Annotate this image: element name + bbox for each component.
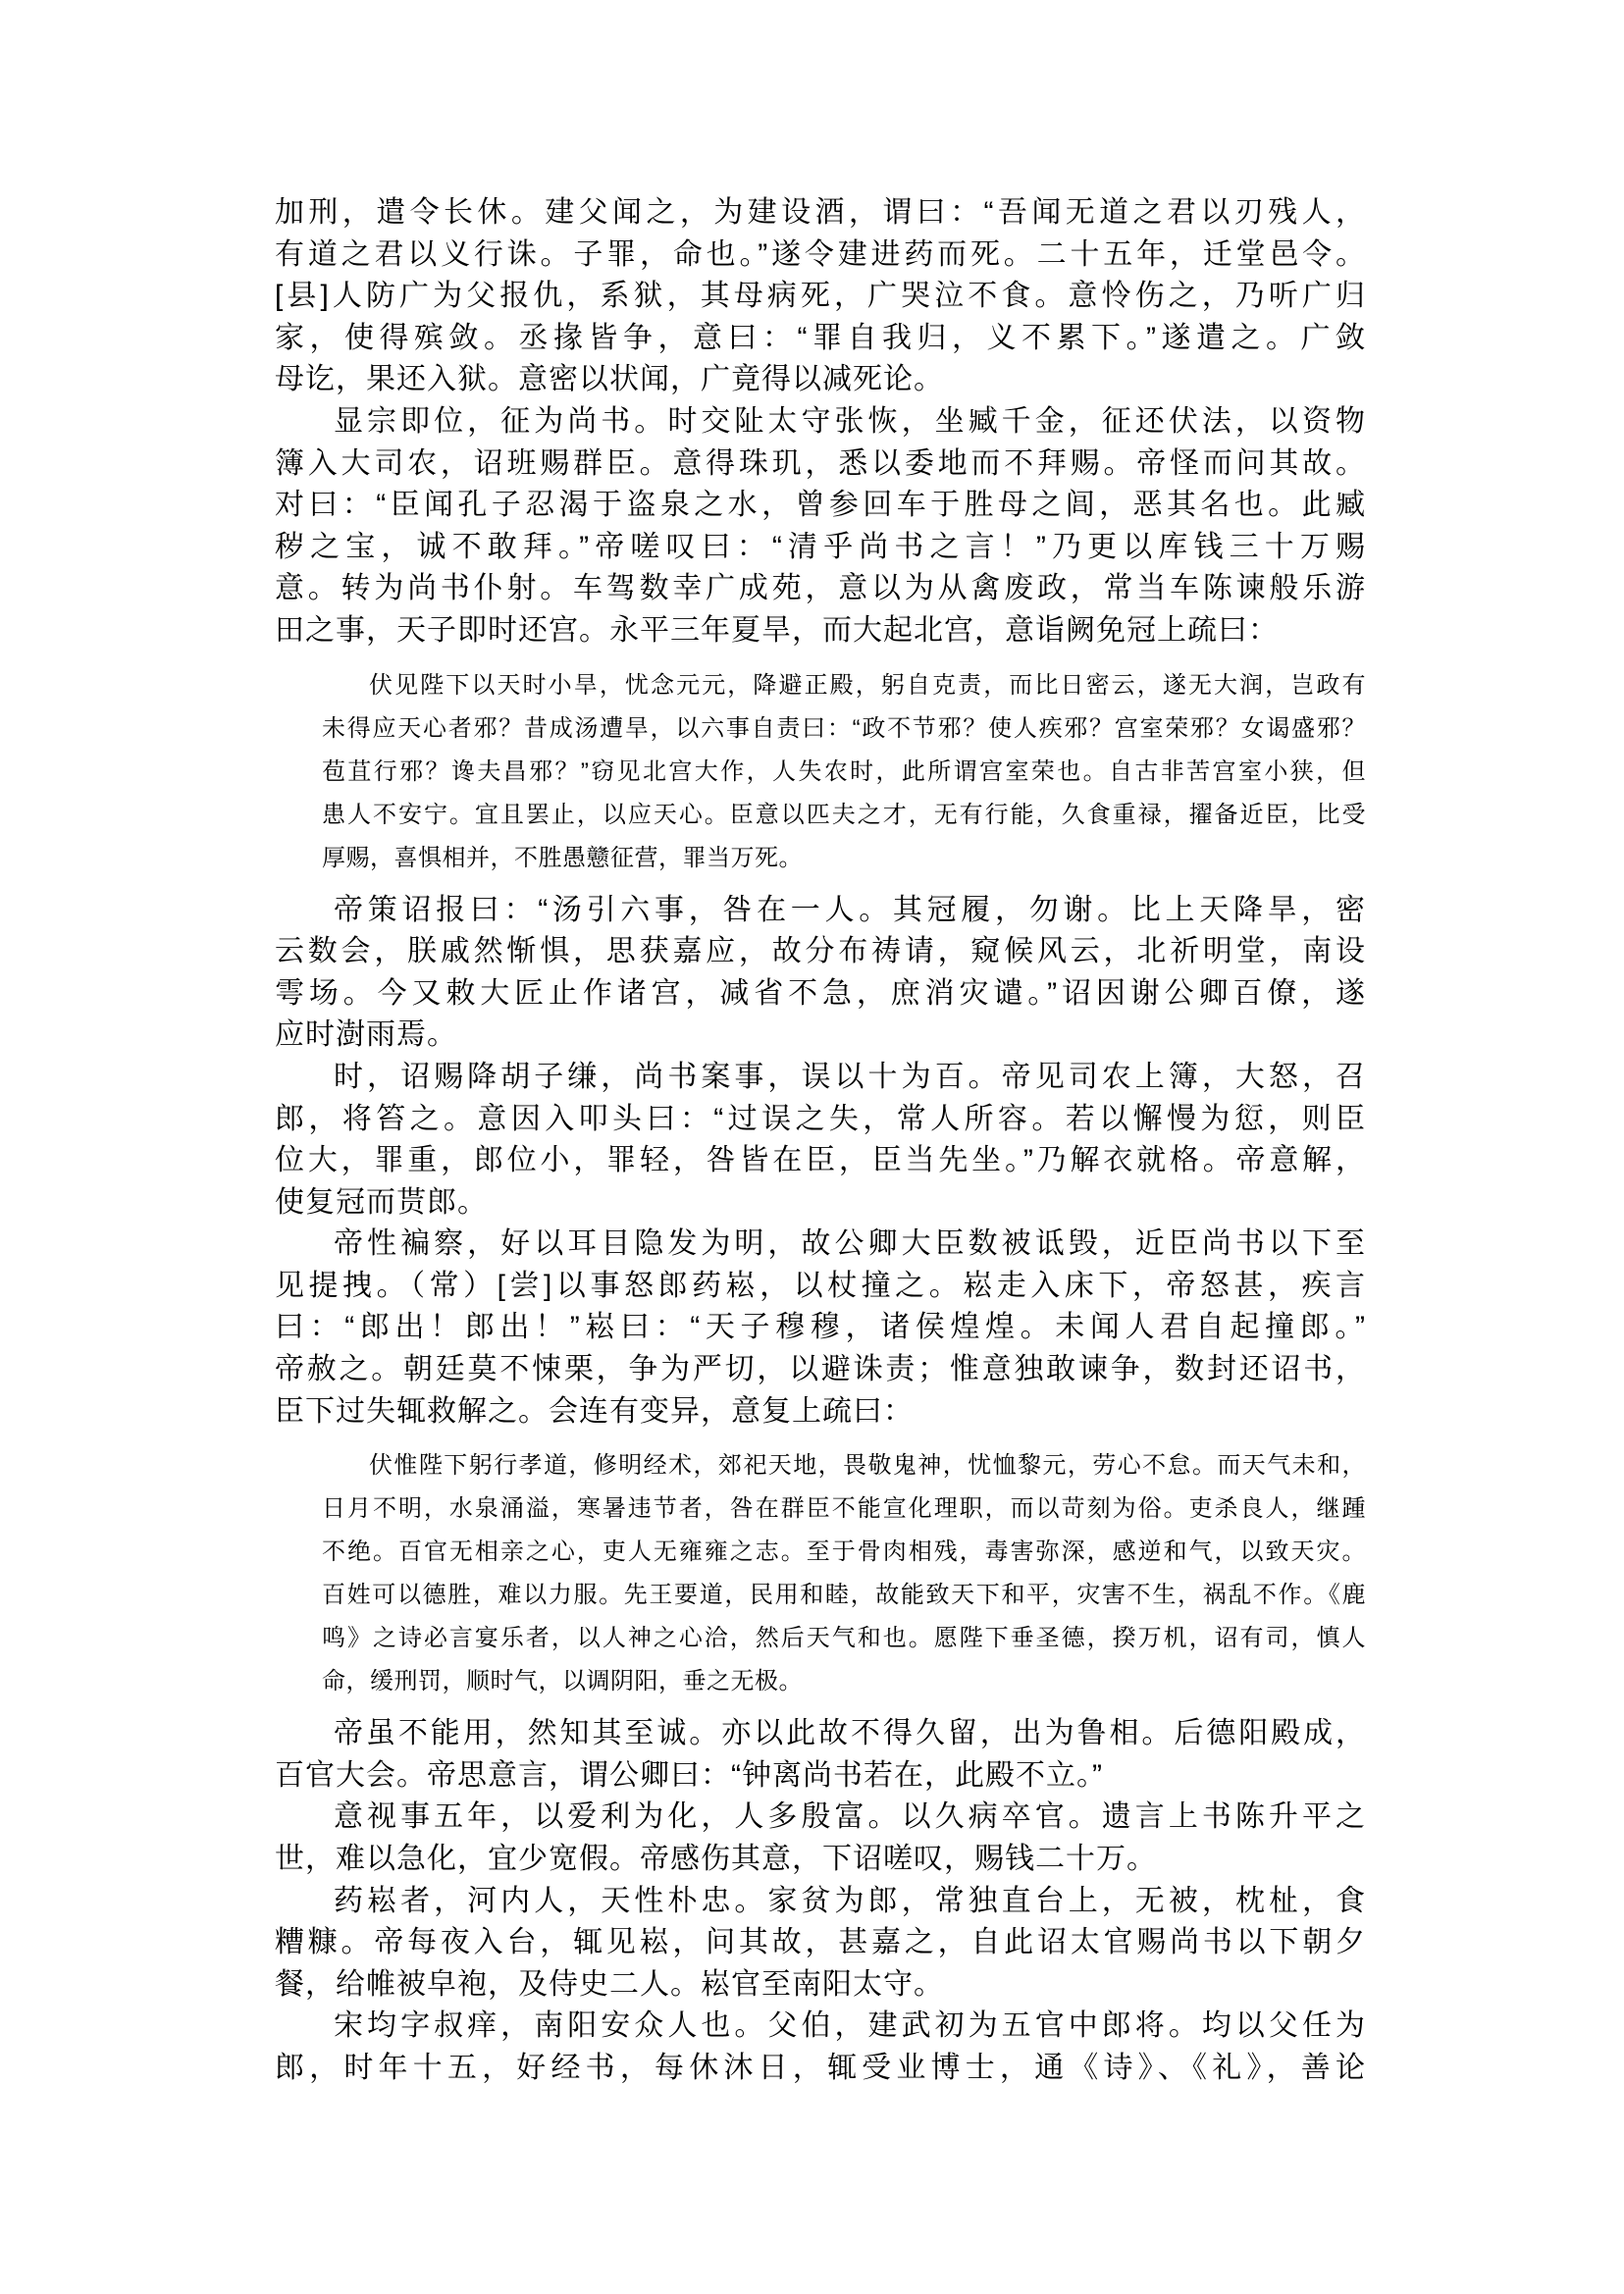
- text-line: 患人不安宁。宜且罢止，以应天心。臣意以匹夫之才，无有行能，久食重禄，擢备近臣，比…: [322, 794, 1366, 837]
- text-line: 帝虽不能用，然知其至诚。亦以此故不得久留，出为鲁相。后德阳殿成，: [275, 1713, 1366, 1755]
- text-line: 位大，罪重，郎位小，罪轻，咎皆在臣，臣当先坐。”乃解衣就格。帝意解，: [275, 1140, 1366, 1182]
- paragraph-block: 帝性褊察，好以耳目隐发为明，故公卿大臣数被诋毁，近臣尚书以下至见提拽。（常）[尝…: [275, 1224, 1366, 1433]
- text-line: 见提拽。（常）[尝]以事怒郎药崧，以杖撞之。崧走入床下，帝怒甚，疾言: [275, 1266, 1366, 1308]
- text-line: 有道之君以义行诛。子罪，命也。”遂令建进药而死。二十五年，迁堂邑令。: [275, 235, 1366, 277]
- text-line: 显宗即位，征为尚书。时交阯太守张恢，坐臧千金，征还伏法，以资物: [275, 401, 1366, 443]
- text-line: 使复冠而贳郎。: [275, 1182, 1366, 1225]
- text-line: 未得应天心者邪？昔成汤遭旱，以六事自责曰：“政不节邪？使人疾邪？宫室荣邪？女谒盛…: [322, 707, 1366, 751]
- text-line: 伏见陛下以天时小旱，忧念元元，降避正殿，躬自克责，而比日密云，遂无大润，岂政有: [322, 664, 1366, 707]
- text-line: 伏惟陛下躬行孝道，修明经术，郊祀天地，畏敬鬼神，忧恤黎元，劳心不怠。而天气未和，: [322, 1444, 1366, 1487]
- text-line: 百官大会。帝思意言，谓公卿曰：“钟离尚书若在，此殿不立。”: [275, 1755, 1366, 1798]
- text-line: [县]人防广为父报仇，系狱，其母病死，广哭泣不食。意怜伤之，乃听广归: [275, 276, 1366, 318]
- paragraph-block: 帝策诏报曰：“汤引六事，咎在一人。其冠履，勿谢。比上天降旱，密云数会，朕戚然惭惧…: [275, 890, 1366, 1057]
- text-line: 帝策诏报曰：“汤引六事，咎在一人。其冠履，勿谢。比上天降旱，密: [275, 890, 1366, 932]
- text-line: 糟糠。帝每夜入台，辄见崧，问其故，甚嘉之，自此诏太官赐尚书以下朝夕: [275, 1922, 1366, 1964]
- text-line: 百姓可以德胜，难以力服。先王要道，民用和睦，故能致天下和平，灾害不生，祸乱不作。…: [322, 1574, 1366, 1617]
- text-line: 宋均字叔痒，南阳安众人也。父伯，建武初为五官中郎将。均以父任为: [275, 2006, 1366, 2048]
- text-line: 鸣》之诗必言宴乐者，以人神之心洽，然后天气和也。愿陛下垂圣德，揆万机，诏有司，慎…: [322, 1617, 1366, 1660]
- text-line: 厚赐，喜惧相并，不胜愚戆征营，罪当万死。: [322, 837, 1366, 880]
- text-line: 秽之宝，诚不敢拜。”帝嗟叹曰：“清乎尚书之言！”乃更以库钱三十万赐: [275, 527, 1366, 569]
- text-line: 苞苴行邪？谗夫昌邪？”窃见北宫大作，人失农时，此所谓宫室荣也。自古非苦宫室小狭，…: [322, 751, 1366, 794]
- page-background: { "page": { "background_color": "#ffffff…: [0, 0, 1624, 2294]
- text-line: 母讫，果还入狱。意密以状闻，广竟得以减死论。: [275, 359, 1366, 401]
- paragraph-block: 帝虽不能用，然知其至诚。亦以此故不得久留，出为鲁相。后德阳殿成，百官大会。帝思意…: [275, 1713, 1366, 1797]
- text-line: 命，缓刑罚，顺时气，以调阴阳，垂之无极。: [322, 1660, 1366, 1703]
- text-line: 郎，时年十五，好经书，每休沐日，辄受业博士，通《诗》、《礼》，善论: [275, 2048, 1366, 2090]
- document-body: 加刑，遣令长休。建父闻之，为建设酒，谓曰：“吾闻无道之君以刃残人，有道之君以义行…: [275, 192, 1366, 2090]
- text-line: 云数会，朕戚然惭惧，思获嘉应，故分布祷请，窥候风云，北祈明堂，南设: [275, 931, 1366, 973]
- text-line: 对曰：“臣闻孔子忍渴于盗泉之水，曾参回车于胜母之闾，恶其名也。此臧: [275, 485, 1366, 527]
- memorial-quote-block: 伏见陛下以天时小旱，忧念元元，降避正殿，躬自克责，而比日密云，遂无大润，岂政有未…: [322, 664, 1366, 880]
- text-line: 帝赦之。朝廷莫不悚栗，争为严切，以避诛责；惟意独敢谏争，数封还诏书，: [275, 1349, 1366, 1391]
- text-line: 加刑，遣令长休。建父闻之，为建设酒，谓曰：“吾闻无道之君以刃残人，: [275, 192, 1366, 235]
- text-line: 时，诏赐降胡子缣，尚书案事，误以十为百。帝见司农上簿，大怒，召: [275, 1057, 1366, 1099]
- text-line: 意视事五年，以爱利为化，人多殷富。以久病卒官。遗言上书陈升平之: [275, 1797, 1366, 1839]
- text-line: 日月不明，水泉涌溢，寒暑违节者，咎在群臣不能宣化理职，而以苛刻为俗。吏杀良人，继…: [322, 1487, 1366, 1531]
- paragraph-block: 宋均字叔痒，南阳安众人也。父伯，建武初为五官中郎将。均以父任为郎，时年十五，好经…: [275, 2006, 1366, 2089]
- paragraph-block: 加刑，遣令长休。建父闻之，为建设酒，谓曰：“吾闻无道之君以刃残人，有道之君以义行…: [275, 192, 1366, 401]
- document-page: 加刑，遣令长休。建父闻之，为建设酒，谓曰：“吾闻无道之君以刃残人，有道之君以义行…: [0, 0, 1624, 2294]
- paragraph-block: 显宗即位，征为尚书。时交阯太守张恢，坐臧千金，征还伏法，以资物簿入大司农，诏班赐…: [275, 401, 1366, 652]
- memorial-quote-block: 伏惟陛下躬行孝道，修明经术，郊祀天地，畏敬鬼神，忧恤黎元，劳心不怠。而天气未和，…: [322, 1444, 1366, 1703]
- paragraph-block: 药崧者，河内人，天性朴忠。家贫为郎，常独直台上，无被，枕杫，食糟糠。帝每夜入台，…: [275, 1881, 1366, 2007]
- text-line: 餐，给帷被皁袍，及侍史二人。崧官至南阳太守。: [275, 1964, 1366, 2007]
- text-line: 簿入大司农，诏班赐群臣。意得珠玑，悉以委地而不拜赐。帝怪而问其故。: [275, 443, 1366, 486]
- text-line: 药崧者，河内人，天性朴忠。家贫为郎，常独直台上，无被，枕杫，食: [275, 1881, 1366, 1923]
- text-line: 应时澍雨焉。: [275, 1015, 1366, 1057]
- text-line: 世，难以急化，宜少宽假。帝感伤其意，下诏嗟叹，赐钱二十万。: [275, 1839, 1366, 1881]
- text-line: 臣下过失辄救解之。会连有变异，意复上疏曰：: [275, 1391, 1366, 1434]
- text-line: 不绝。百官无相亲之心，吏人无雍雍之志。至于骨肉相残，毒害弥深，感逆和气，以致天灾…: [322, 1531, 1366, 1574]
- text-line: 郎，将笞之。意因入叩头曰：“过误之失，常人所容。若以懈慢为愆，则臣: [275, 1099, 1366, 1141]
- paragraph-block: 时，诏赐降胡子缣，尚书案事，误以十为百。帝见司农上簿，大怒，召郎，将笞之。意因入…: [275, 1057, 1366, 1224]
- text-line: 家，使得殡敛。丞掾皆争，意曰：“罪自我归，义不累下。”遂遣之。广敛: [275, 318, 1366, 360]
- text-line: 雩场。今又敕大匠止作诸宫，减省不急，庶消灾谴。”诏因谢公卿百僚，遂: [275, 973, 1366, 1016]
- text-line: 帝性褊察，好以耳目隐发为明，故公卿大臣数被诋毁，近臣尚书以下至: [275, 1224, 1366, 1266]
- text-line: 意。转为尚书仆射。车驾数幸广成苑，意以为从禽废政，常当车陈谏般乐游: [275, 568, 1366, 610]
- text-line: 曰：“郎出！郎出！”崧曰：“天子穆穆，诸侯煌煌。未闻人君自起撞郎。”: [275, 1307, 1366, 1349]
- paragraph-block: 意视事五年，以爱利为化，人多殷富。以久病卒官。遗言上书陈升平之世，难以急化，宜少…: [275, 1797, 1366, 1880]
- text-line: 田之事，天子即时还宫。永平三年夏旱，而大起北宫，意诣阙免冠上疏曰：: [275, 610, 1366, 652]
